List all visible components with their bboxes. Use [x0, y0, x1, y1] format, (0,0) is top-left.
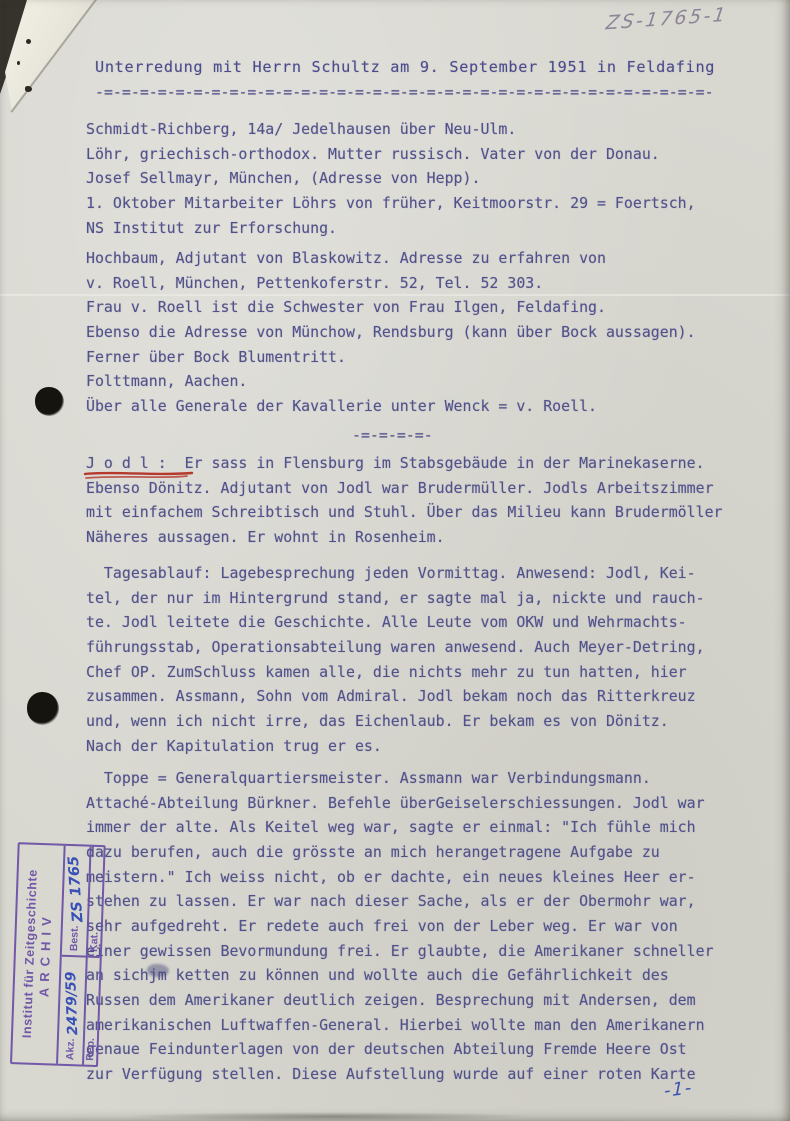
handwritten-page-number: -1-: [664, 1077, 693, 1102]
page-title: Unterredung mit Herrn Schultz am 9. Sept…: [95, 55, 715, 80]
archive-stamp: Institut für Zeitgeschichte ARCHIV Akz. …: [10, 842, 106, 1067]
archive-stamp-table: Akz. 2479/59 Best. ZS 1765 Rep. Kat.: [56, 846, 104, 1065]
stamp-rep-label: Rep.: [84, 1038, 97, 1061]
punch-hole: [27, 692, 59, 725]
stamp-archiv-label: ARCHIV: [36, 911, 54, 997]
page-edge-shadow: [130, 1112, 530, 1121]
archive-stamp-header: Institut für Zeitgeschichte ARCHIV: [12, 844, 64, 1063]
punch-hole: [35, 387, 64, 416]
paragraph-notes-persons-1: Schmidt-Richberg, 14a/ Jedelhausen über …: [86, 117, 696, 240]
stamp-best-label: Best.: [68, 925, 81, 951]
stamp-institute-name: Institut für Zeitgeschichte: [20, 869, 40, 1038]
paper-speck: [25, 86, 32, 92]
title-underline-rule: -=-=-=-=-=-=-=-=-=-=-=-=-=-=-=-=-=-=-=-=…: [95, 80, 714, 105]
stamp-best-value-handwritten: ZS 1765: [66, 856, 87, 923]
red-underline-jodl: [83, 469, 195, 481]
stamp-kat-cell: Kat.: [88, 847, 104, 956]
paragraph-tagesablauf: Tagesablauf: Lagebesprechung jeden Vormi…: [86, 561, 705, 758]
paragraph-jodl-intro: J o d l : Er sass in Flensburg im Stabsg…: [86, 451, 723, 550]
stamp-akz-cell: Akz. 2479/59: [58, 955, 88, 1065]
stamp-akz-label: Akz.: [64, 1038, 77, 1060]
stamp-akz-value-handwritten: 2479/59: [63, 972, 81, 1036]
stamp-best-cell: Best. ZS 1765: [62, 846, 92, 956]
handwritten-archive-reference: ZS-1765-1: [605, 4, 730, 35]
paper-speck: [26, 39, 31, 44]
paper-speck: [17, 61, 20, 65]
paragraph-toppe: Toppe = Generalquartiersmeister. Assmann…: [86, 766, 714, 1087]
stamp-rep-cell: Rep.: [84, 956, 100, 1065]
typewriter-overstrike-smudge: [147, 964, 169, 977]
paragraph-notes-persons-2: Hochbaum, Adjutant von Blaskowitz. Adres…: [86, 246, 696, 419]
stamp-kat-label: Kat.: [88, 932, 101, 952]
section-separator: -=-=-=-=-: [352, 423, 433, 448]
scanned-document-page: ZS-1765-1 Unterredung mit Herrn Schultz …: [0, 0, 790, 1121]
archive-stamp-border: Institut für Zeitgeschichte ARCHIV Akz. …: [10, 842, 106, 1067]
